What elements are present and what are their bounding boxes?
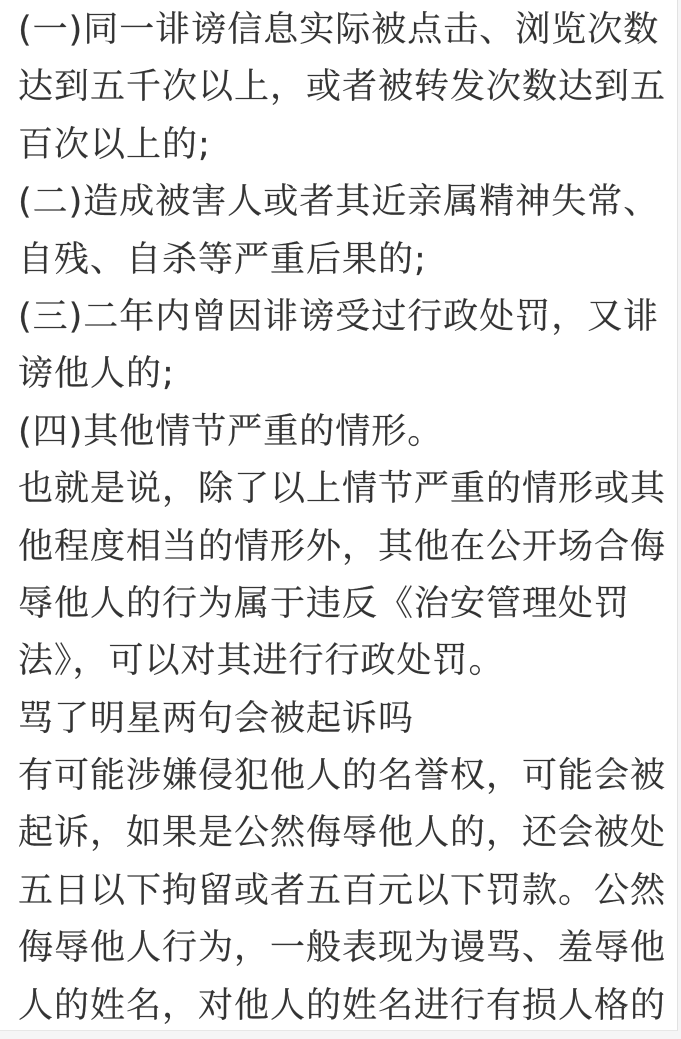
list-item-3-line: (三)二年内曾因诽谤受过行政处罚，又诽 bbox=[18, 289, 668, 346]
paragraph-answer-line: 人的姓名，对他人的姓名进行有损人格的 bbox=[18, 978, 668, 1031]
paragraph-summary-line: 辱他人的行为属于违反《治安管理处罚 bbox=[18, 576, 668, 633]
list-item-1-line: 达到五千次以上，或者被转发次数达到五 bbox=[18, 59, 668, 116]
list-item-1-line: (一)同一诽谤信息实际被点击、浏览次数 bbox=[18, 2, 668, 59]
paragraph-summary-line: 法》，可以对其进行行政处罚。 bbox=[18, 633, 668, 690]
list-item-4-line: (四)其他情节严重的情形。 bbox=[18, 404, 668, 461]
list-item-1-line: 百次以上的; bbox=[18, 117, 668, 174]
paragraph-answer-line: 五日以下拘留或者五百元以下罚款。公然 bbox=[18, 863, 668, 920]
paragraph-summary-line: 他程度相当的情形外，其他在公开场合侮 bbox=[18, 519, 668, 576]
paragraph-summary-line: 也就是说，除了以上情节严重的情形或其 bbox=[18, 461, 668, 518]
paragraph-answer-line: 起诉，如果是公然侮辱他人的，还会被处 bbox=[18, 805, 668, 862]
paragraph-answer-line: 有可能涉嫌侵犯他人的名誉权，可能会被 bbox=[18, 748, 668, 805]
page-background: { "page": { "background_color": "#f5f5f6… bbox=[0, 0, 681, 1039]
paragraph-answer-line: 侮辱他人行为，一般表现为谩骂、羞辱他 bbox=[18, 920, 668, 977]
document-page: (一)同一诽谤信息实际被点击、浏览次数 达到五千次以上，或者被转发次数达到五 百… bbox=[0, 0, 678, 1031]
document-body: (一)同一诽谤信息实际被点击、浏览次数 达到五千次以上，或者被转发次数达到五 百… bbox=[18, 2, 668, 1031]
list-item-2-line: (二)造成被害人或者其近亲属精神失常、 bbox=[18, 174, 668, 231]
section-question-heading: 骂了明星两句会被起诉吗 bbox=[18, 691, 668, 748]
list-item-3-line: 谤他人的; bbox=[18, 346, 668, 403]
list-item-2-line: 自残、自杀等严重后果的; bbox=[18, 232, 668, 289]
